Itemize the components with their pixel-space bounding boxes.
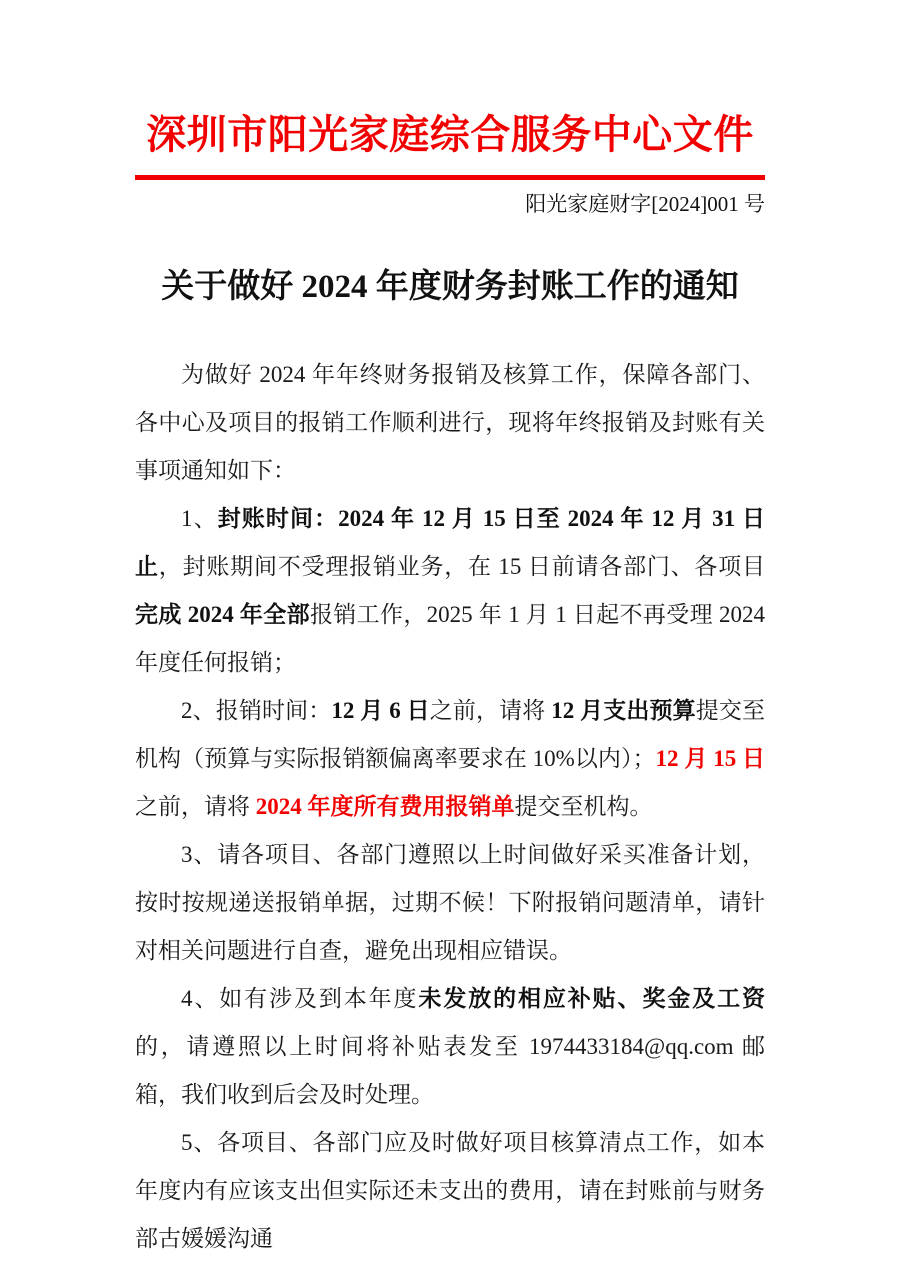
text-run-bold: 12 月支出预算: [551, 698, 696, 723]
text-run: 的，请遵照以上时间将补贴表发至 1974433184@qq.com 邮箱，我们收…: [135, 1034, 765, 1107]
text-run-red-bold: 2024 年度所有费用报销单: [256, 794, 515, 819]
text-run: 提交至机构。: [515, 794, 653, 819]
text-run-bold: 完成 2024 年全部: [135, 602, 310, 627]
text-run: 之前，请将: [430, 698, 552, 723]
paragraph-intro: 为做好 2024 年年终财务报销及核算工作，保障各部门、各中心及项目的报销工作顺…: [135, 351, 765, 495]
notice-title: 关于做好 2024 年度财务封账工作的通知: [135, 265, 765, 309]
letterhead-org-title: 深圳市阳光家庭综合服务中心文件: [135, 110, 765, 160]
text-run-red-bold: 12 月 15 日: [656, 746, 765, 771]
text-run: 3、请各项目、各部门遵照以上时间做好采买准备计划，按时按规递送报销单据，过期不候…: [135, 842, 765, 963]
text-run: ，封账期间不受理报销业务，在 15 日前请各部门、各项目: [159, 554, 765, 579]
paragraph-item-5: 5、各项目、各部门应及时做好项目核算清点工作，如本年度内有应该支出但实际还未支出…: [135, 1119, 765, 1263]
doc-number: 阳光家庭财字[2024]001 号: [135, 189, 765, 219]
text-run: 1、: [181, 506, 218, 531]
text-run-bold: 未发放的相应补贴、奖金及工资: [418, 986, 765, 1011]
paragraph-item-2: 2、报销时间：12 月 6 日之前，请将 12 月支出预算提交至机构（预算与实际…: [135, 687, 765, 831]
text-run: 2、报销时间：: [181, 698, 331, 723]
text-run: 5、各项目、各部门应及时做好项目核算清点工作，如本年度内有应该支出但实际还未支出…: [135, 1130, 765, 1251]
paragraph-item-4: 4、如有涉及到本年度未发放的相应补贴、奖金及工资的，请遵照以上时间将补贴表发至 …: [135, 975, 765, 1119]
text-run-bold: 12 月 6 日: [331, 698, 429, 723]
text-run: 之前，请将: [135, 794, 256, 819]
letterhead-divider: [135, 175, 765, 180]
text-run: 4、如有涉及到本年度: [181, 986, 418, 1011]
document-page: 深圳市阳光家庭综合服务中心文件 阳光家庭财字[2024]001 号 关于做好 2…: [0, 0, 900, 1273]
paragraph-item-3: 3、请各项目、各部门遵照以上时间做好采买准备计划，按时按规递送报销单据，过期不候…: [135, 831, 765, 975]
text-run: 为做好 2024 年年终财务报销及核算工作，保障各部门、各中心及项目的报销工作顺…: [135, 362, 765, 483]
paragraph-item-1: 1、封账时间：2024 年 12 月 15 日至 2024 年 12 月 31 …: [135, 495, 765, 687]
